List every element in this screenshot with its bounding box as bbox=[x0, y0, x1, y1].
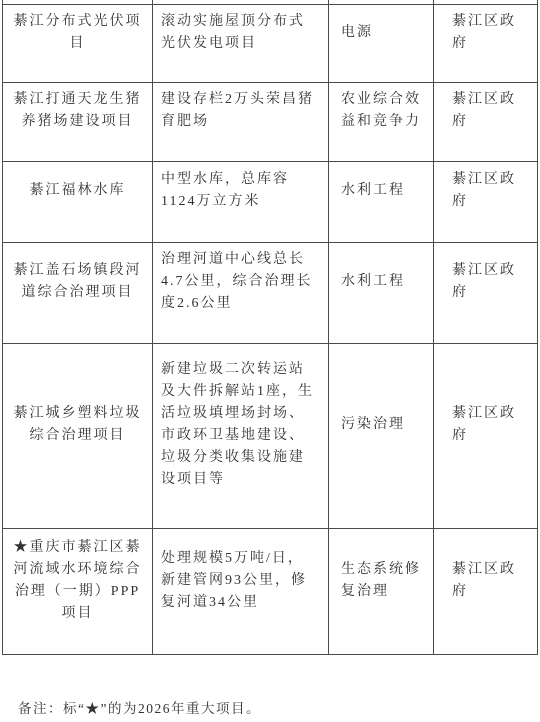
cell-category: 污染治理 bbox=[329, 344, 434, 529]
cell-category: 生态系统修复治理 bbox=[329, 529, 434, 655]
document-page: 綦江分布式光伏项目 滚动实施屋顶分布式光伏发电项目 电源 綦江区政府 綦江打通天… bbox=[0, 0, 540, 722]
cell-project: 綦江分布式光伏项目 bbox=[3, 5, 153, 83]
projects-table: 綦江分布式光伏项目 滚动实施屋顶分布式光伏发电项目 电源 綦江区政府 綦江打通天… bbox=[2, 4, 538, 655]
cell-owner: 綦江区政府 bbox=[434, 83, 538, 162]
cell-description: 滚动实施屋顶分布式光伏发电项目 bbox=[153, 5, 329, 83]
cell-owner: 綦江区政府 bbox=[434, 529, 538, 655]
footnote: 备注：标“★”的为2026年重大项目。 bbox=[18, 700, 498, 718]
cell-project: 綦江盖石场镇段河道综合治理项目 bbox=[3, 243, 153, 344]
cell-project: 綦江打通天龙生猪养猪场建设项目 bbox=[3, 83, 153, 162]
cell-project: 綦江福林水库 bbox=[3, 162, 153, 243]
cell-description: 处理规模5万吨/日，新建管网93公里，修复河道34公里 bbox=[153, 529, 329, 655]
cell-owner: 綦江区政府 bbox=[434, 344, 538, 529]
cell-owner: 綦江区政府 bbox=[434, 5, 538, 83]
cell-description: 建设存栏2万头荣昌猪育肥场 bbox=[153, 83, 329, 162]
cell-owner: 綦江区政府 bbox=[434, 162, 538, 243]
cell-project: ★重庆市綦江区綦河流域水环境综合治理（一期）PPP项目 bbox=[3, 529, 153, 655]
cell-description: 治理河道中心线总长4.7公里，综合治理长度2.6公里 bbox=[153, 243, 329, 344]
cell-category: 水利工程 bbox=[329, 243, 434, 344]
cell-description: 中型水库，总库容1124万立方米 bbox=[153, 162, 329, 243]
cell-description: 新建垃圾二次转运站及大件拆解站1座，生活垃圾填埋场封场、市政环卫基地建设、垃圾分… bbox=[153, 344, 329, 529]
cell-owner: 綦江区政府 bbox=[434, 243, 538, 344]
cell-project: 綦江城乡塑料垃圾综合治理项目 bbox=[3, 344, 153, 529]
cell-category: 水利工程 bbox=[329, 162, 434, 243]
cell-category: 电源 bbox=[329, 5, 434, 83]
cell-category: 农业综合效益和竞争力 bbox=[329, 83, 434, 162]
